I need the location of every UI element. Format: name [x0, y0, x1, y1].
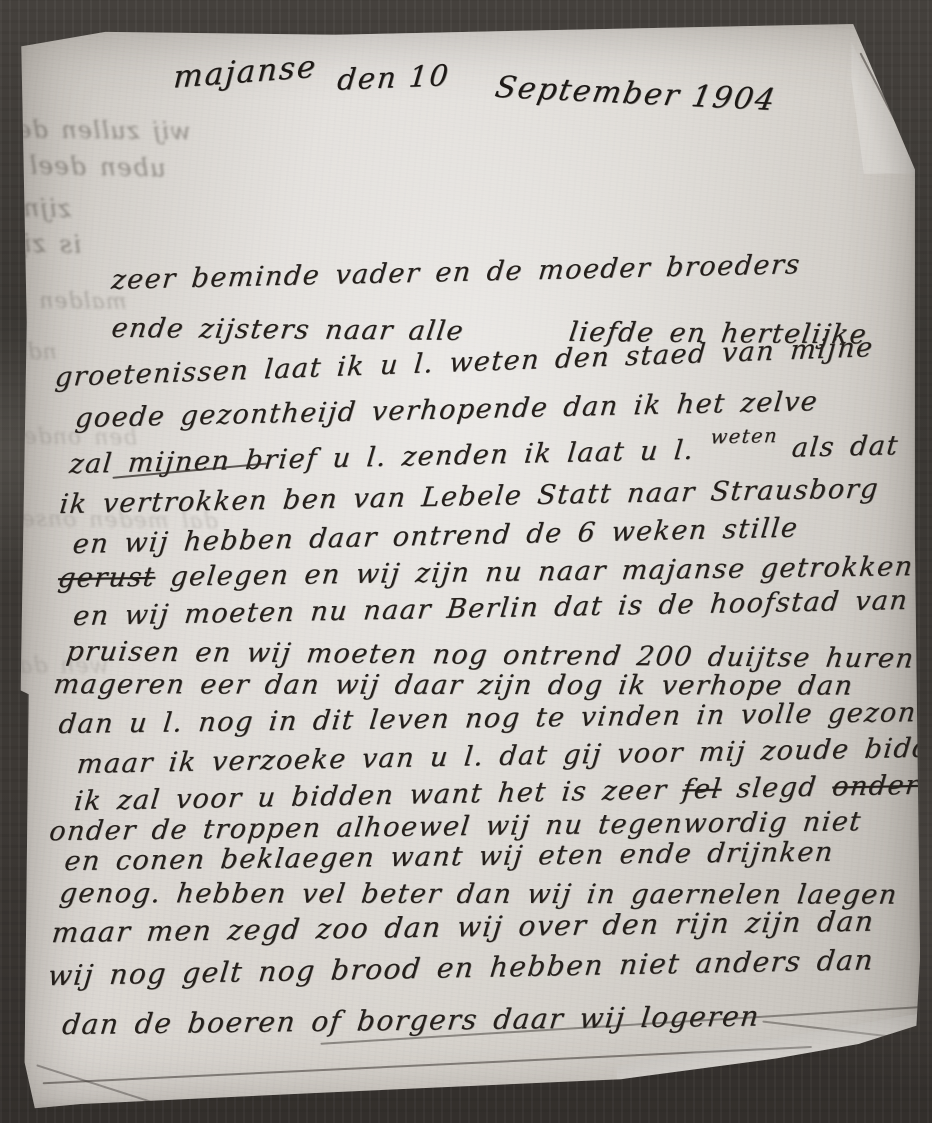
bleedthrough-layer: wij zullen den jaartis gelieve uij zijnu… — [15, 18, 917, 23]
heading-day: den 10 — [336, 58, 452, 97]
struck-word: gerust — [56, 562, 157, 594]
handwriting-text: maar men zegd zoo dan wij over den rijn … — [50, 905, 876, 950]
handwriting-line: goede gezontheijd verhopende dan ik het … — [74, 386, 820, 434]
handwriting-text: als dat — [775, 430, 900, 464]
handwriting-text: mageren eer dan wij daar zijn dog ik ver… — [52, 669, 856, 701]
bleedthrough-line: is zijn gme mie naar bij half ned einsch… — [0, 217, 82, 259]
handwriting-line: zal mijnen brief u l. zenden ik laat u l… — [68, 430, 900, 480]
handwriting-text — [463, 340, 568, 341]
heading-place: majanse — [172, 49, 318, 96]
heading-month-year: September 1904 — [492, 70, 779, 118]
letter-paper-sheet: majanse den 10 September 1904 wij zullen… — [15, 18, 923, 1111]
handwriting-text: ende zijsters naar alle — [110, 313, 466, 347]
handwriting-line: zeer beminde vader en de moeder broeders — [110, 249, 802, 296]
handwriting-line: dan u l. nog in dit leven nog te vinden … — [57, 696, 932, 740]
handwriting-line: maar men zegd zoo dan wij over den rijn … — [50, 905, 876, 950]
bleedthrough-line: wij zullen den jaartis gelieve uij zijn — [0, 111, 191, 145]
superscript-word: weten — [710, 424, 780, 449]
handwriting-text: dan u l. nog in dit leven nog te vinden … — [57, 697, 918, 740]
handwriting-text: goede gezontheijd verhopende dan ik het … — [74, 386, 820, 434]
handwriting-text: wij nog gelt nog brood en hebben niet an… — [46, 943, 875, 992]
bleedthrough-line: uben deel bij in mei schenden zin uven — [0, 142, 166, 183]
handwriting-line: dan de boeren of borgers daar wij logere… — [61, 1000, 762, 1042]
bleedthrough-line: malden uprahog pldhaig ndardra sa ath ua — [0, 283, 127, 315]
handwriting-line: wij nog gelt nog brood en hebben niet an… — [46, 943, 875, 992]
top-right-fold — [851, 42, 918, 174]
superscript-word: dheijd — [917, 688, 932, 712]
handwriting-line: mageren eer dan wij daar zijn dog ik ver… — [52, 669, 856, 701]
bleedthrough-line: nde ham wed ling ter haal den weder on — [0, 334, 57, 365]
handwriting-text: dan de boeren of borgers daar wij logere… — [61, 1000, 762, 1042]
handwriting-text: slegd — [720, 771, 834, 804]
letter-heading: majanse den 10 September 1904 — [15, 18, 917, 23]
letter-body: zeer beminde vader en de moeder broeders… — [15, 18, 917, 23]
bleedthrough-line: zijn en draart met naar rijnen dveden la… — [0, 181, 71, 223]
handwriting-text: zeer beminde vader en de moeder broeders — [110, 249, 802, 296]
struck-word: fel — [681, 774, 723, 806]
crease-layer — [15, 18, 917, 23]
struck-word: onder — [831, 770, 922, 803]
photo-of-letter: { "photo": { "background_color": "#3a373… — [0, 0, 932, 1123]
